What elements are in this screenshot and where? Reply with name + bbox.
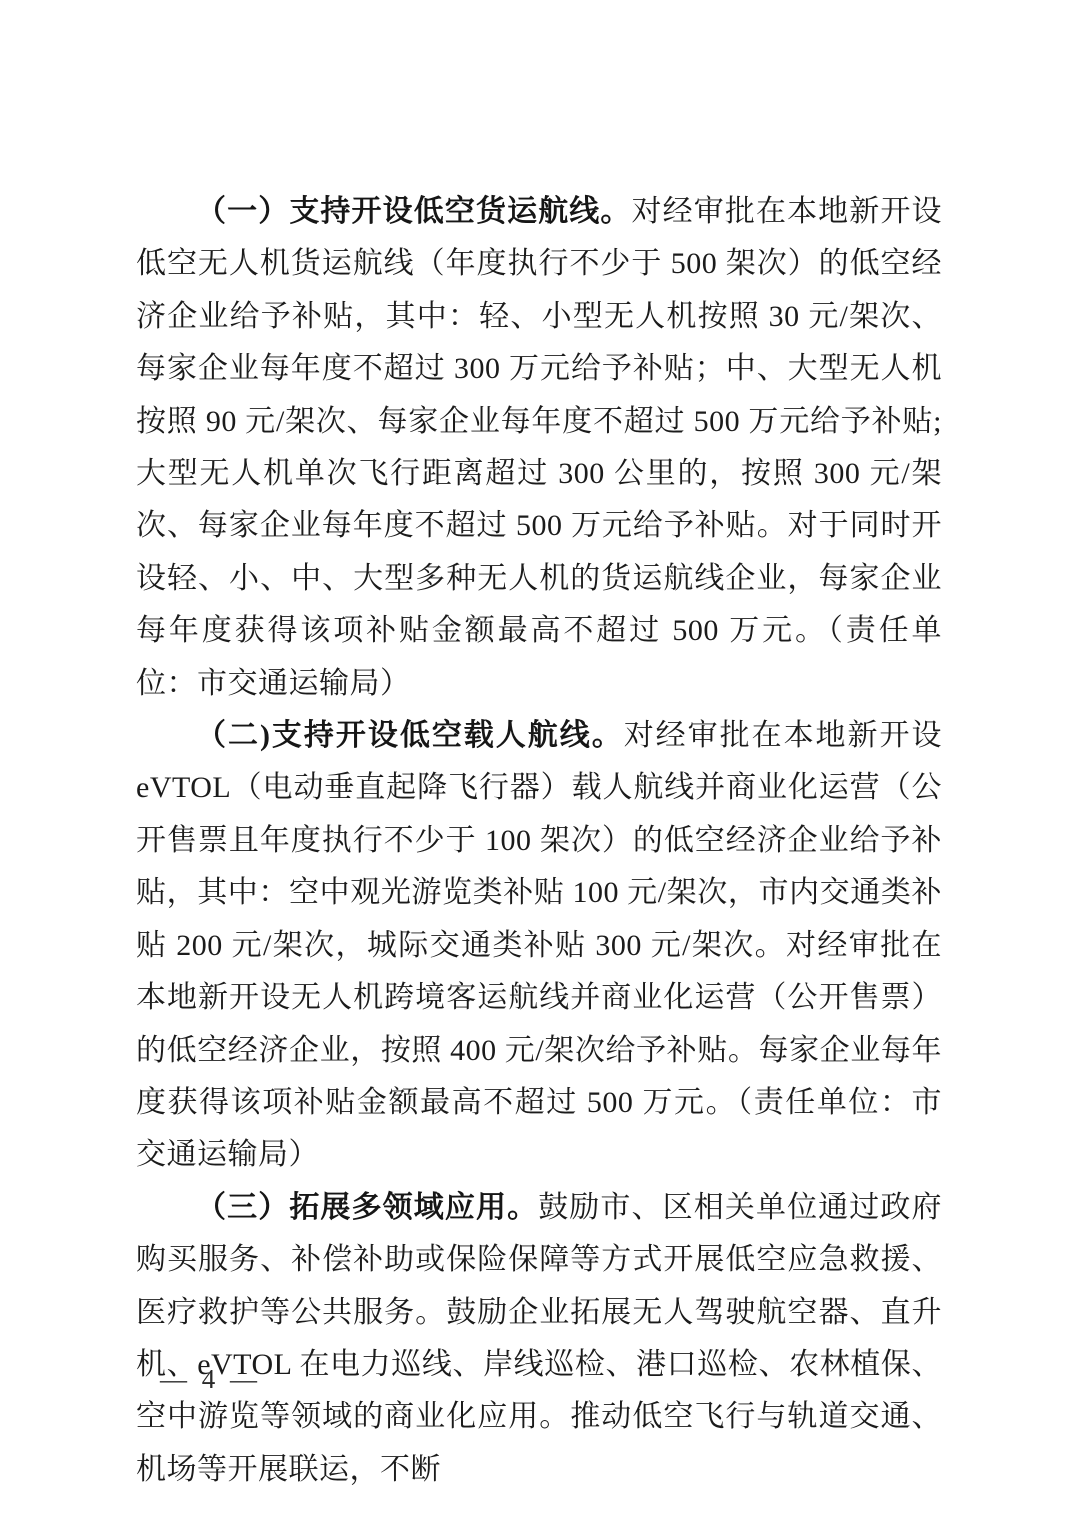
document-content: （一）支持开设低空货运航线。对经审批在本地新开设低空无人机货运航线（年度执行不少… — [136, 186, 942, 1496]
paragraph-multi-domain-applications: （三）拓展多领域应用。鼓励市、区相关单位通过政府购买服务、补偿补助或保险保障等方… — [136, 1182, 942, 1496]
paragraph-lead-heading: （三）拓展多领域应用。 — [196, 1191, 538, 1224]
paragraph-body-text: 对经审批在本地新开设 eVTOL（电动垂直起降飞行器）载人航线并商业化运营（公开… — [136, 719, 942, 1171]
paragraph-lead-heading: （二)支持开设低空载人航线。 — [196, 719, 624, 752]
paragraph-lead-heading: （一）支持开设低空货运航线。 — [196, 195, 632, 228]
paragraph-body-text: 鼓励市、区相关单位通过政府购买服务、补偿补助或保险保障等方式开展低空应急救援、医… — [136, 1191, 942, 1486]
page-footer: — 4 — — [160, 1364, 261, 1395]
page-number: — 4 — — [160, 1364, 261, 1394]
document-page: （一）支持开设低空货运航线。对经审批在本地新开设低空无人机货运航线（年度执行不少… — [0, 0, 1080, 1527]
paragraph-passenger-route-subsidy: （二)支持开设低空载人航线。对经审批在本地新开设 eVTOL（电动垂直起降飞行器… — [136, 710, 942, 1182]
paragraph-body-text: 对经审批在本地新开设低空无人机货运航线（年度执行不少于 500 架次）的低空经济… — [136, 195, 942, 700]
paragraph-cargo-route-subsidy: （一）支持开设低空货运航线。对经审批在本地新开设低空无人机货运航线（年度执行不少… — [136, 186, 942, 710]
